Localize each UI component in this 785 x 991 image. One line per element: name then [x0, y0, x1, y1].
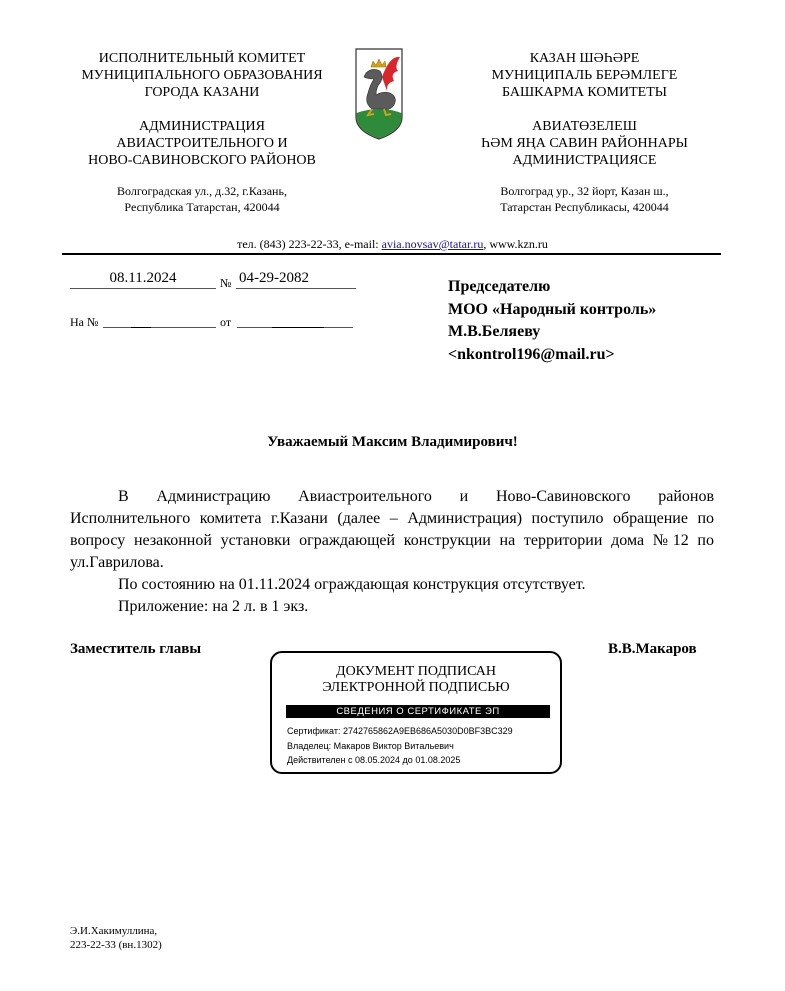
greeting: Уважаемый Максим Владимирович!: [0, 434, 785, 451]
stamp-title: ДОКУМЕНТ ПОДПИСАН ЭЛЕКТРОННОЙ ПОДПИСЬЮ: [272, 664, 560, 696]
reply-label: На №: [70, 315, 98, 330]
contact-email-link[interactable]: avia.novsav@tatar.ru: [382, 237, 484, 251]
reply-date-field: [237, 311, 353, 328]
header-line: ИСПОЛНИТЕЛЬНЫЙ КОМИТЕТ: [62, 50, 342, 67]
from-label: от: [220, 315, 231, 330]
recipient-block: Председателю МОО «Народный контроль» М.В…: [448, 276, 656, 366]
header-right-address: Волгоград ур., 32 йорт, Казан ш., Татарс…: [443, 183, 726, 215]
header-left-admin: АДМИНИСТРАЦИЯ АВИАСТРОИТЕЛЬНОГО И НОВО-С…: [62, 118, 342, 169]
body-paragraph: В Администрацию Авиастроительного и Ново…: [70, 486, 714, 574]
contact-website: , www.kzn.ru: [483, 237, 548, 251]
header-right-admin: АВИАТӨЗЕЛЕШ ҺӘМ ЯҢА САВИН РАЙОННАРЫ АДМИ…: [443, 118, 726, 169]
stamp-details: Сертификат: 2742765862A9EB686A5030D0BF3B…: [287, 724, 513, 768]
header-line: ҺӘМ ЯҢА САВИН РАЙОННАРЫ: [443, 135, 726, 152]
e-signature-stamp: ДОКУМЕНТ ПОДПИСАН ЭЛЕКТРОННОЙ ПОДПИСЬЮ С…: [270, 651, 562, 774]
signer-name: В.В.Макаров: [608, 641, 697, 658]
letter-body: В Администрацию Авиастроительного и Ново…: [70, 486, 714, 618]
signer-position: Заместитель главы: [70, 641, 201, 658]
address-line: Татарстан Республикасы, 420044: [443, 199, 726, 215]
header-left-address: Волгоградская ул., д.32, г.Казань, Респу…: [62, 183, 342, 215]
contact-line: тел. (843) 223-22-33, e-mail: avia.novsa…: [0, 237, 785, 252]
number-field: 04-29-2082: [236, 270, 356, 289]
stamp-certificate-bar: СВЕДЕНИЯ О СЕРТИФИКАТЕ ЭП: [286, 705, 550, 718]
header-line: НОВО-САВИНОВСКОГО РАЙОНОВ: [62, 152, 342, 169]
header-line: КАЗАН ШӘҺӘРЕ: [443, 50, 726, 67]
recipient-line: М.В.Беляеву: [448, 321, 656, 344]
number-label: №: [220, 276, 231, 291]
executor-phone: 223-22-33 (вн.1302): [70, 938, 162, 952]
contact-phone: тел. (843) 223-22-33, e-mail:: [237, 237, 382, 251]
stamp-owner: Владелец: Макаров Виктор Витальевич: [287, 739, 513, 754]
stamp-validity: Действителен с 08.05.2024 до 01.08.2025: [287, 753, 513, 768]
stamp-certificate: Сертификат: 2742765862A9EB686A5030D0BF3B…: [287, 724, 513, 739]
body-paragraph: По состоянию на 01.11.2024 ограждающая к…: [70, 574, 714, 596]
header-line: ГОРОДА КАЗАНИ: [62, 84, 342, 101]
header-line: АДМИНИСТРАЦИЯ: [62, 118, 342, 135]
executor-info: Э.И.Хакимуллина, 223-22-33 (вн.1302): [70, 924, 162, 952]
header-right-org: КАЗАН ШӘҺӘРЕ МУНИЦИПАЛЬ БЕРӘМЛЕГЕ БАШКАР…: [443, 50, 726, 101]
recipient-email: <nkontrol196@mail.ru>: [448, 344, 656, 367]
document-number: 04-29-2082: [236, 270, 356, 287]
stamp-title-line: ДОКУМЕНТ ПОДПИСАН: [272, 664, 560, 680]
address-line: Республика Татарстан, 420044: [62, 199, 342, 215]
header-line: АДМИНИСТРАЦИЯСЕ: [443, 152, 726, 169]
date-field: 08.11.2024: [70, 270, 216, 289]
recipient-line: МОО «Народный контроль»: [448, 299, 656, 322]
kazan-coat-of-arms-icon: [354, 47, 404, 140]
header-line: МУНИЦИПАЛЬ БЕРӘМЛЕГЕ: [443, 67, 726, 84]
header-left-org: ИСПОЛНИТЕЛЬНЫЙ КОМИТЕТ МУНИЦИПАЛЬНОГО ОБ…: [62, 50, 342, 101]
header-line: МУНИЦИПАЛЬНОГО ОБРАЗОВАНИЯ: [62, 67, 342, 84]
executor-name: Э.И.Хакимуллина,: [70, 924, 162, 938]
body-paragraph: Приложение: на 2 л. в 1 экз.: [70, 596, 714, 618]
stamp-title-line: ЭЛЕКТРОННОЙ ПОДПИСЬЮ: [272, 680, 560, 696]
header-line: АВИАТӨЗЕЛЕШ: [443, 118, 726, 135]
document-date: 08.11.2024: [70, 270, 216, 287]
reply-number-field: [103, 311, 216, 328]
header-line: АВИАСТРОИТЕЛЬНОГО И: [62, 135, 342, 152]
header-divider: [62, 253, 721, 255]
address-line: Волгоградская ул., д.32, г.Казань,: [62, 183, 342, 199]
recipient-line: Председателю: [448, 276, 656, 299]
address-line: Волгоград ур., 32 йорт, Казан ш.,: [443, 183, 726, 199]
header-line: БАШКАРМА КОМИТЕТЫ: [443, 84, 726, 101]
